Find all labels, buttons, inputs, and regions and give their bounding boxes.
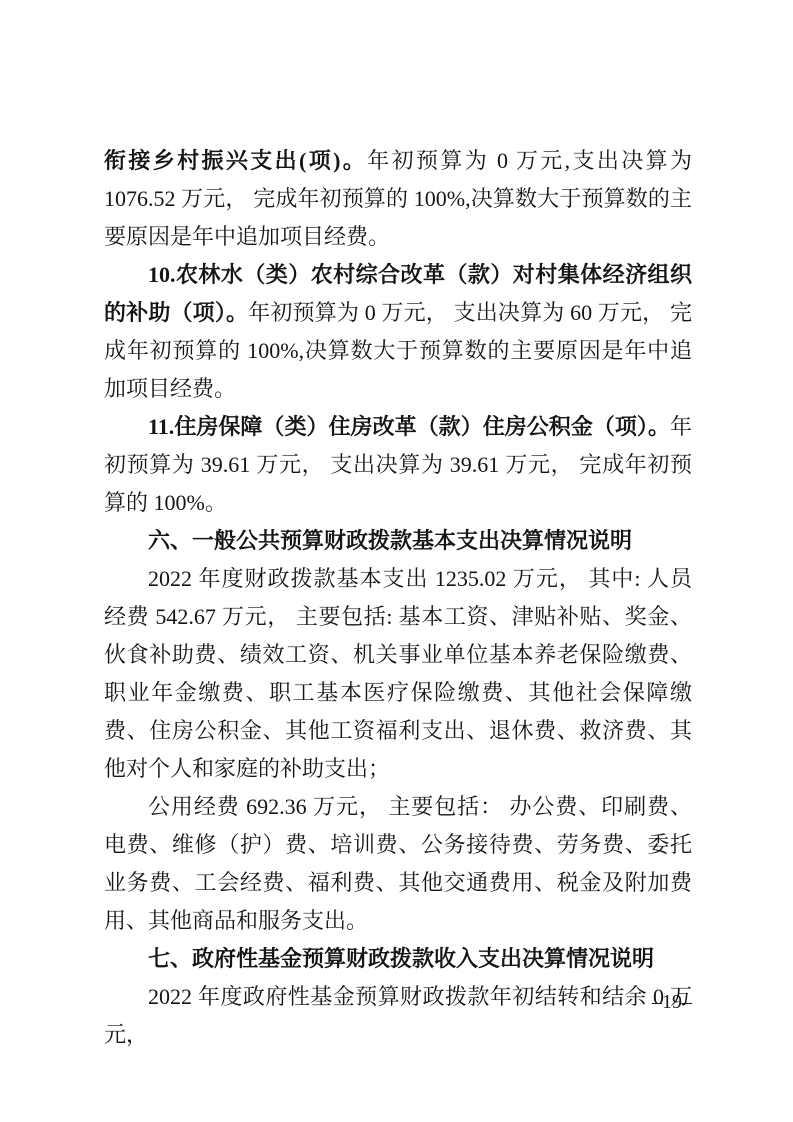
heading-section-7: 七、政府性基金预算财政拨款收入支出决算情况说明: [104, 940, 692, 978]
para-rural-revitalization: 衔接乡村振兴支出(项)。年初预算为 0 万元,支出决算为 1076.52 万元，…: [104, 142, 692, 256]
expense-item-lead: 11.住房保障（类）住房改革（款）住房公积金（项）。: [148, 414, 670, 439]
document-page: 衔接乡村振兴支出(项)。年初预算为 0 万元,支出决算为 1076.52 万元，…: [0, 0, 793, 1122]
page-number: –19–: [652, 990, 692, 1014]
para-public-funds: 公用经费 692.36 万元， 主要包括： 办公费、印刷费、电费、维修（护）费、…: [104, 788, 692, 940]
para-item-10: 10.农林水（类）农村综合改革（款）对村集体经济组织的补助（项）。年初预算为 0…: [104, 256, 692, 408]
para-gov-fund-budget: 2022 年度政府性基金预算财政拨款年初结转和结余 0 万元，: [104, 978, 692, 1054]
para-basic-expenditure-personnel: 2022 年度财政拨款基本支出 1235.02 万元， 其中: 人员经费 542…: [104, 560, 692, 788]
para-item-11: 11.住房保障（类）住房改革（款）住房公积金（项）。年初预算为 39.61 万元…: [104, 408, 692, 522]
expense-item-lead: 衔接乡村振兴支出(项)。: [104, 148, 367, 173]
page-body: 衔接乡村振兴支出(项)。年初预算为 0 万元,支出决算为 1076.52 万元，…: [104, 142, 692, 1054]
heading-section-6: 六、一般公共预算财政拨款基本支出决算情况说明: [104, 522, 692, 560]
